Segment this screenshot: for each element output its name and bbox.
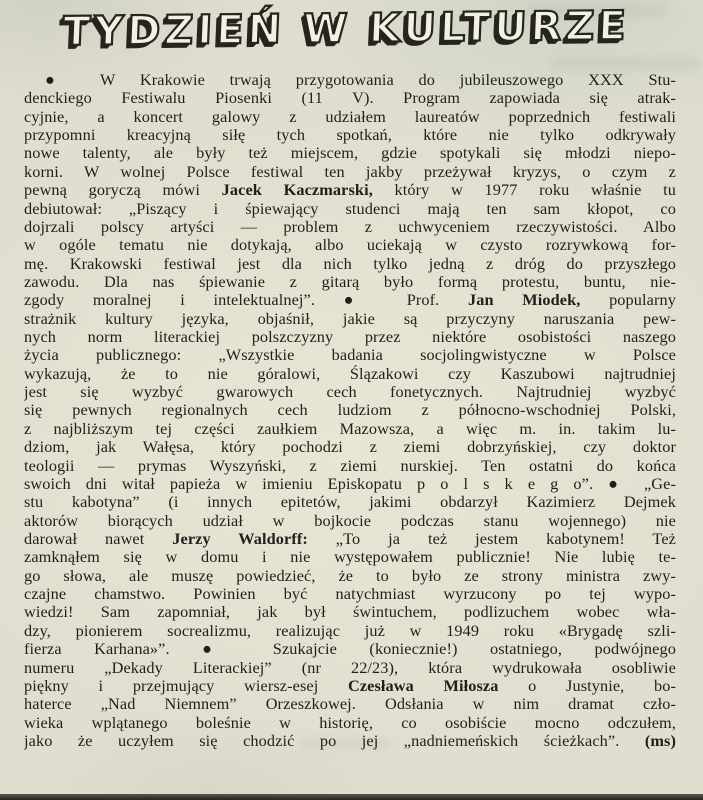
article-line: z najbliższym tej części zaułkiem Mazows… [24, 420, 676, 438]
article-line: go słowa, ale muszę powiedzieć, że to by… [24, 567, 676, 585]
article-line: czajne chamstwo. Powinien być natychmias… [24, 585, 676, 603]
article-body: ● W Krakowie trwają przygotowania do jub… [24, 71, 676, 750]
article-line: teologii — prymas Wyszyński, z ziemi nur… [24, 457, 676, 475]
article-line: życia publicznego: „Wszystkie badania so… [24, 346, 676, 364]
article-line: cyjnie, a koncert galowy z udziałem laur… [24, 108, 676, 126]
article-line: mę. Krakowski festiwal jest dla nich tyl… [24, 255, 676, 273]
article-line: haterce „Nad Niemnem” Orzeszkowej. Odsła… [24, 695, 676, 713]
article-line: jako że uczyłem się chodzić po jej „nadn… [24, 732, 676, 750]
title-banner: TYDZIEŃ W KULTURZE [0, 6, 692, 52]
article-line: aktorów biorących udział w bojkocie podc… [24, 512, 676, 530]
article-line: dziom, jak Wałęsa, który pochodzi z ziem… [24, 438, 676, 456]
article-line: denckiego Festiwalu Piosenki (11 V). Pro… [24, 89, 676, 107]
article-line: darował nawet Jerzy Waldorff: „To ja też… [24, 530, 676, 548]
article-line: wykazują, że to nie góralowi, Ślązakowi … [24, 365, 676, 383]
article-line: debiutował: „Piszący i śpiewający studen… [24, 200, 676, 218]
scanned-newspaper-page: TYDZIEŃ W KULTURZE ● W Krakowie trwają p… [0, 0, 703, 800]
article-line: wiedzi! Sam zapomniał, jak był świntuche… [24, 603, 676, 621]
article-line: fierza Karhana»”. ● Szukajcie (konieczni… [24, 640, 676, 658]
article-line: piękny i przejmujący wiersz-esej Czesław… [24, 677, 676, 695]
article-line: korni. W wolnej Polsce festiwal ten jakb… [24, 163, 676, 181]
article-line: dzy, pionierem socrealizmu, realizując j… [24, 622, 676, 640]
article-line: dojrzali polscy artyści — problem z uchw… [24, 218, 676, 236]
article-line: nych norm literackiej polszczyzny przez … [24, 328, 676, 346]
article-line: pewną goryczą mówi Jacek Kaczmarski, któ… [24, 181, 676, 199]
article-line: zawodu. Dla nas śpiewanie z gitarą było … [24, 273, 676, 291]
print-showthrough-mark [551, 58, 701, 69]
article-title: TYDZIEŃ W KULTURZE [62, 3, 631, 55]
article-line: zamknąłem się w domu i nie występowałem … [24, 548, 676, 566]
article-line: wieka wplątanego boleśnie w historię, co… [24, 714, 676, 732]
article-line: strażnik kultury języka, objaśnił, jakie… [24, 310, 676, 328]
article-line: zgody moralnej i intelektualnej”. ● Prof… [24, 291, 676, 309]
page-bottom-edge [0, 794, 703, 800]
article-line: w ogóle tematu nie dotykają, albo ucieka… [24, 236, 676, 254]
article-line: stu kabotyna” (i innych epitetów, jakimi… [24, 493, 676, 511]
article-line: się pewnych regionalnych cech ludziom z … [24, 401, 676, 419]
article-line: swoich dni witał papieża w imieniu Episk… [24, 475, 676, 493]
article-line: przypomni kreacyjną siłę tych spotkań, k… [24, 126, 676, 144]
article-line: ● W Krakowie trwają przygotowania do jub… [24, 71, 676, 89]
article-line: jest się wyzbyć gwarowych cech fonetyczn… [24, 383, 676, 401]
article-line: nowe talenty, ale były też miejscem, gdz… [24, 144, 676, 162]
article-line: numeru „Dekady Literackiej” (nr 22/23), … [24, 659, 676, 677]
